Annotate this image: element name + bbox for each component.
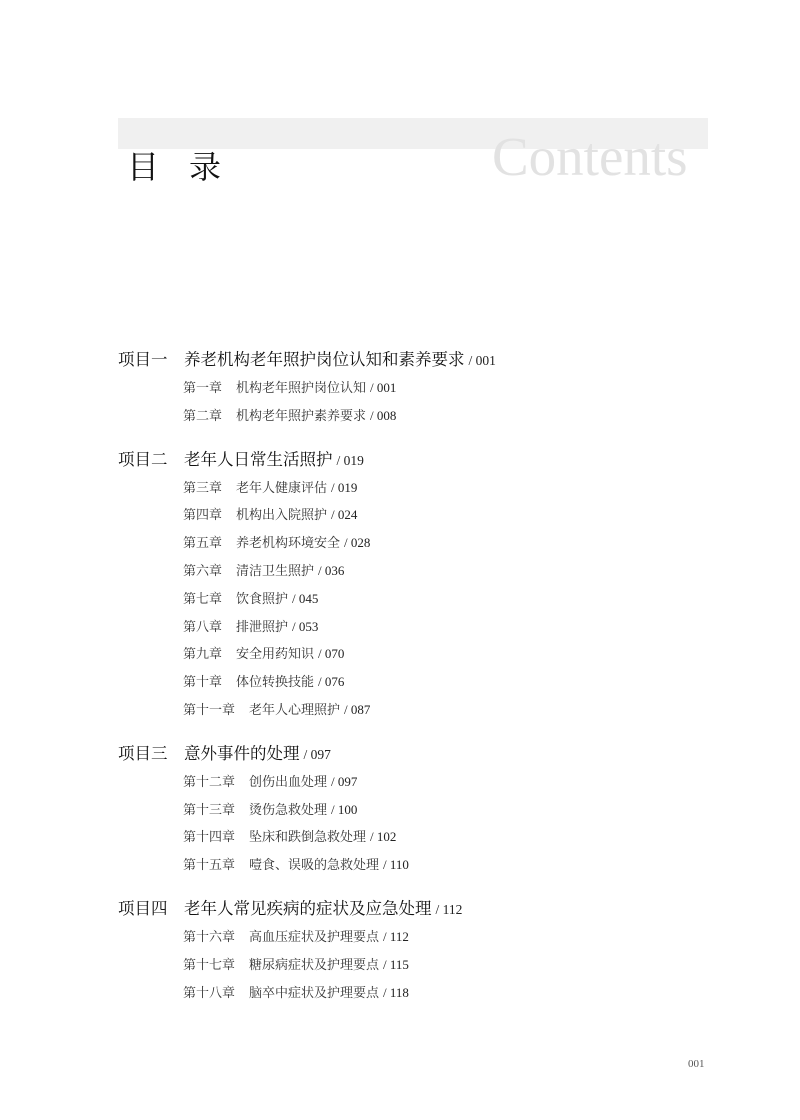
- chapter-number: 第十四章: [183, 824, 235, 852]
- chapter-title: 坠床和跌倒急救处理: [249, 824, 366, 852]
- chapter-number: 第七章: [183, 586, 222, 614]
- page-ref: 097: [311, 747, 331, 762]
- toc-chapter-entry[interactable]: 第十五章噎食、误吸的急救处理/ 110: [118, 851, 718, 879]
- separator: /: [304, 747, 308, 762]
- chapter-page: / 097: [331, 768, 357, 796]
- chapter-page: / 053: [292, 613, 318, 641]
- separator: /: [318, 674, 322, 689]
- project-title: 老年人常见疾病的症状及应急处理: [184, 895, 432, 923]
- separator: /: [383, 957, 387, 972]
- chapter-page: / 118: [383, 979, 409, 1007]
- chapter-number: 第十五章: [183, 852, 235, 880]
- page-ref: 100: [338, 802, 358, 817]
- separator: /: [383, 985, 387, 1000]
- project-page: / 097: [304, 741, 331, 769]
- contents-watermark: Contents: [492, 124, 688, 190]
- page-ref: 076: [325, 674, 345, 689]
- chapter-page: / 070: [318, 640, 344, 668]
- project-title: 养老机构老年照护岗位认知和素养要求: [184, 346, 465, 374]
- separator: /: [337, 453, 341, 468]
- toc-project: 项目一养老机构老年照护岗位认知和素养要求/ 001第一章机构老年照护岗位认知/ …: [118, 346, 718, 430]
- page-ref: 053: [299, 619, 319, 634]
- project-title: 老年人日常生活照护: [184, 446, 333, 474]
- toc-chapter-entry[interactable]: 第四章机构出入院照护/ 024: [118, 501, 718, 529]
- page-ref: 028: [351, 535, 371, 550]
- chapter-title: 脑卒中症状及护理要点: [249, 980, 379, 1008]
- chapter-title: 老年人健康评估: [236, 475, 327, 503]
- chapter-page: / 087: [344, 696, 370, 724]
- page-ref: 008: [377, 408, 397, 423]
- separator: /: [318, 646, 322, 661]
- separator: /: [436, 902, 440, 917]
- chapter-number: 第十七章: [183, 952, 235, 980]
- separator: /: [292, 619, 296, 634]
- page-ref: 097: [338, 774, 358, 789]
- chapter-title: 机构老年照护岗位认知: [236, 375, 366, 403]
- chapter-page: / 100: [331, 796, 357, 824]
- separator: /: [383, 929, 387, 944]
- toc-project-entry[interactable]: 项目四老年人常见疾病的症状及应急处理/ 112: [118, 895, 718, 923]
- toc-project: 项目三意外事件的处理/ 097第十二章创伤出血处理/ 097第十三章烫伤急救处理…: [118, 740, 718, 879]
- toc-chapter-entry[interactable]: 第十章体位转换技能/ 076: [118, 668, 718, 696]
- chapter-page: / 112: [383, 923, 409, 951]
- project-title: 意外事件的处理: [184, 740, 300, 768]
- project-number: 项目三: [118, 740, 184, 768]
- toc-project: 项目二老年人日常生活照护/ 019第三章老年人健康评估/ 019第四章机构出入院…: [118, 446, 718, 724]
- chapter-number: 第二章: [183, 403, 222, 431]
- toc-chapter-entry[interactable]: 第八章排泄照护/ 053: [118, 613, 718, 641]
- page-ref: 102: [377, 829, 397, 844]
- chapter-number: 第十章: [183, 669, 222, 697]
- separator: /: [318, 563, 322, 578]
- chapter-title: 饮食照护: [236, 586, 288, 614]
- page-ref: 070: [325, 646, 345, 661]
- separator: /: [370, 829, 374, 844]
- separator: /: [344, 702, 348, 717]
- project-number: 项目二: [118, 446, 184, 474]
- page-ref: 087: [351, 702, 371, 717]
- toc-chapter-entry[interactable]: 第十八章脑卒中症状及护理要点/ 118: [118, 979, 718, 1007]
- toc-chapter-entry[interactable]: 第十三章烫伤急救处理/ 100: [118, 796, 718, 824]
- separator: /: [344, 535, 348, 550]
- toc-project-entry[interactable]: 项目二老年人日常生活照护/ 019: [118, 446, 718, 474]
- chapter-title: 体位转换技能: [236, 669, 314, 697]
- page-number: 001: [688, 1058, 705, 1070]
- chapter-number: 第六章: [183, 558, 222, 586]
- chapter-title: 糖尿病症状及护理要点: [249, 952, 379, 980]
- chapter-page: / 115: [383, 951, 409, 979]
- page-title: 目录: [127, 147, 251, 187]
- page-ref: 110: [390, 857, 409, 872]
- toc-chapter-entry[interactable]: 第二章机构老年照护素养要求/ 008: [118, 402, 718, 430]
- toc-chapter-entry[interactable]: 第九章安全用药知识/ 070: [118, 640, 718, 668]
- separator: /: [331, 802, 335, 817]
- chapter-title: 老年人心理照护: [249, 697, 340, 725]
- separator: /: [370, 408, 374, 423]
- chapter-number: 第十二章: [183, 769, 235, 797]
- toc-chapter-entry[interactable]: 第七章饮食照护/ 045: [118, 585, 718, 613]
- toc-chapter-entry[interactable]: 第十二章创伤出血处理/ 097: [118, 768, 718, 796]
- separator: /: [331, 774, 335, 789]
- chapter-title: 烫伤急救处理: [249, 797, 327, 825]
- chapter-number: 第五章: [183, 530, 222, 558]
- chapter-title: 安全用药知识: [236, 641, 314, 669]
- chapter-number: 第四章: [183, 502, 222, 530]
- separator: /: [469, 353, 473, 368]
- page-ref: 019: [338, 480, 358, 495]
- page-ref: 112: [443, 902, 463, 917]
- project-page: / 001: [469, 347, 496, 375]
- page-ref: 118: [390, 985, 409, 1000]
- toc-chapter-entry[interactable]: 第十四章坠床和跌倒急救处理/ 102: [118, 823, 718, 851]
- toc-project-entry[interactable]: 项目一养老机构老年照护岗位认知和素养要求/ 001: [118, 346, 718, 374]
- project-number: 项目一: [118, 346, 184, 374]
- chapter-page: / 076: [318, 668, 344, 696]
- separator: /: [292, 591, 296, 606]
- chapter-title: 机构出入院照护: [236, 502, 327, 530]
- chapter-number: 第一章: [183, 375, 222, 403]
- page-ref: 045: [299, 591, 319, 606]
- chapter-number: 第三章: [183, 475, 222, 503]
- chapter-page: / 024: [331, 501, 357, 529]
- chapter-page: / 028: [344, 529, 370, 557]
- separator: /: [383, 857, 387, 872]
- toc-project-entry[interactable]: 项目三意外事件的处理/ 097: [118, 740, 718, 768]
- chapter-page: / 045: [292, 585, 318, 613]
- chapter-page: / 036: [318, 557, 344, 585]
- toc-chapter-entry[interactable]: 第十六章高血压症状及护理要点/ 112: [118, 923, 718, 951]
- chapter-title: 清洁卫生照护: [236, 558, 314, 586]
- chapter-number: 第十一章: [183, 697, 235, 725]
- separator: /: [370, 380, 374, 395]
- toc-chapter-entry[interactable]: 第十七章糖尿病症状及护理要点/ 115: [118, 951, 718, 979]
- page-ref: 019: [344, 453, 364, 468]
- chapter-title: 排泄照护: [236, 614, 288, 642]
- chapter-page: / 001: [370, 374, 396, 402]
- page-ref: 001: [377, 380, 397, 395]
- chapter-page: / 019: [331, 474, 357, 502]
- chapter-page: / 008: [370, 402, 396, 430]
- separator: /: [331, 507, 335, 522]
- project-number: 项目四: [118, 895, 184, 923]
- page-ref: 001: [476, 353, 496, 368]
- toc-project: 项目四老年人常见疾病的症状及应急处理/ 112第十六章高血压症状及护理要点/ 1…: [118, 895, 718, 1006]
- chapter-number: 第八章: [183, 614, 222, 642]
- page-ref: 036: [325, 563, 345, 578]
- project-page: / 019: [337, 447, 364, 475]
- toc-chapter-entry[interactable]: 第三章老年人健康评估/ 019: [118, 474, 718, 502]
- chapter-page: / 110: [383, 851, 409, 879]
- chapter-number: 第十三章: [183, 797, 235, 825]
- page-ref: 024: [338, 507, 358, 522]
- toc-chapter-entry[interactable]: 第六章清洁卫生照护/ 036: [118, 557, 718, 585]
- chapter-title: 养老机构环境安全: [236, 530, 340, 558]
- toc-chapter-entry[interactable]: 第五章养老机构环境安全/ 028: [118, 529, 718, 557]
- chapter-title: 创伤出血处理: [249, 769, 327, 797]
- chapter-title: 高血压症状及护理要点: [249, 924, 379, 952]
- chapter-title: 噎食、误吸的急救处理: [249, 852, 379, 880]
- chapter-title: 机构老年照护素养要求: [236, 403, 366, 431]
- project-page: / 112: [436, 896, 463, 924]
- chapter-number: 第九章: [183, 641, 222, 669]
- chapter-page: / 102: [370, 823, 396, 851]
- chapter-number: 第十八章: [183, 980, 235, 1008]
- toc-chapter-entry[interactable]: 第十一章老年人心理照护/ 087: [118, 696, 718, 724]
- toc-chapter-entry[interactable]: 第一章机构老年照护岗位认知/ 001: [118, 374, 718, 402]
- page-ref: 112: [390, 929, 409, 944]
- separator: /: [331, 480, 335, 495]
- page-ref: 115: [390, 957, 409, 972]
- chapter-number: 第十六章: [183, 924, 235, 952]
- table-of-contents: 项目一养老机构老年照护岗位认知和素养要求/ 001第一章机构老年照护岗位认知/ …: [118, 346, 718, 1022]
